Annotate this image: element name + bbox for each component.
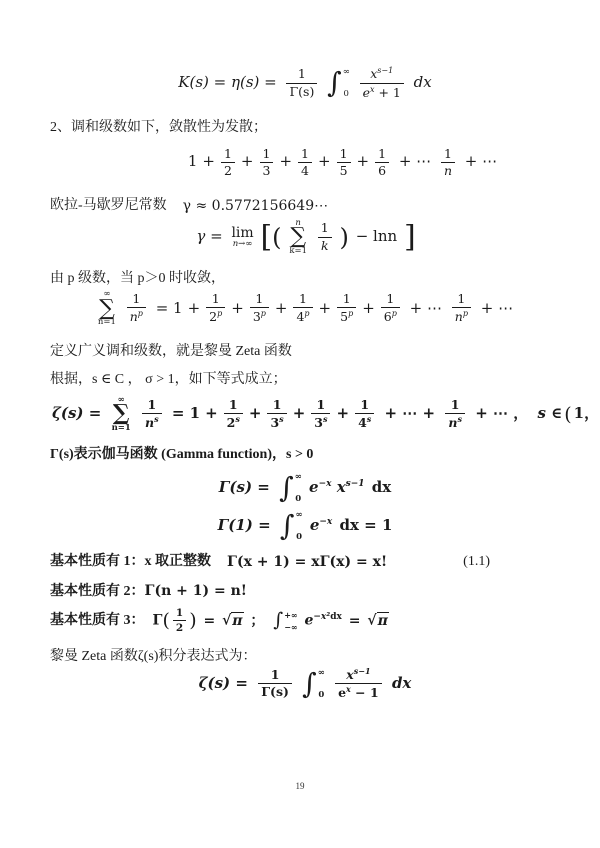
fraction-numerator: 1 [337, 147, 351, 163]
fraction: 13 [260, 147, 274, 179]
fraction: 13p [250, 292, 269, 325]
differential: dx [414, 73, 432, 91]
equals-one: = 1 [172, 404, 200, 422]
ellipsis-operator: + ⋯ ， [475, 404, 528, 422]
ellipsis-operator: + ⋯ + [385, 404, 436, 422]
series-terms: +12s+13s+13s+14s [202, 404, 377, 422]
differential: dx [392, 674, 411, 692]
fraction-numerator: 1 [127, 292, 146, 308]
fraction: 16p [381, 292, 400, 325]
domain-lhs: s ∈ [537, 404, 562, 422]
fraction-numerator: 1 [337, 292, 356, 308]
fraction: 16 [375, 147, 389, 179]
fraction: 1Γ(s) [286, 67, 317, 99]
integral-upper-limit: ∞ [295, 510, 302, 520]
page-content: K(s) = η(s) = 1Γ(s) ∫∞0 xs−1ex + 1 dx 2、… [0, 0, 600, 701]
radical-sign: √ [367, 613, 376, 629]
sum-lower-limit: n=1 [112, 424, 131, 433]
left-bracket: [ [260, 219, 272, 254]
formula-lhs: Γ(1) = [218, 516, 271, 534]
fraction-numerator: 1 [445, 398, 465, 414]
integral-symbol: ∫ [273, 611, 283, 630]
sum-symbol: ∑ [290, 227, 306, 247]
limit-subscript: n→∞ [233, 240, 253, 249]
base: 3 [253, 310, 261, 325]
fraction: 12p [206, 292, 225, 325]
integral-symbol: ∫ [280, 512, 295, 540]
harmonic-series-formula: 1+12+13+14+15+16 + ⋯ 1n + ⋯ [50, 147, 560, 179]
base: 2 [209, 310, 217, 325]
equals-one: = 1 [156, 299, 183, 317]
variable: x [346, 667, 353, 682]
property-1-row: 基本性质有 1：x 取正整数 Γ(x + 1) = xΓ(x) = x! (1.… [50, 553, 560, 571]
exponent: p [138, 309, 143, 318]
fraction-denominator: 4s [355, 414, 374, 431]
left-paren: ( [162, 610, 169, 632]
fraction-numerator: 1 [260, 147, 274, 163]
differential-result: dx = 1 [340, 516, 393, 534]
differential: dx [330, 612, 342, 622]
exponent: s−1 [354, 666, 371, 676]
variable: x [337, 478, 346, 496]
integral-limits: ∞0 [317, 668, 325, 700]
limit-word: lim [231, 226, 253, 240]
plus-operator: + [188, 299, 201, 317]
fraction-numerator: 1 [206, 292, 225, 308]
variable: e [338, 686, 346, 701]
property-2-row: 基本性质有 2： Γ(n + 1) = n! [50, 583, 560, 601]
euler-constant-value: γ ≈ 0.5772156649⋯ [183, 198, 328, 214]
gamma-function-intro: Γ(s)表示伽马函数 (Gamma function)，s > 0 [50, 446, 560, 464]
fraction: 14 [298, 147, 312, 179]
fraction: 15 [337, 147, 351, 179]
left-paren: ( [564, 403, 571, 425]
fraction: 13s [267, 398, 286, 431]
integral-upper-limit: ∞ [343, 67, 350, 77]
fraction: 1ns [445, 398, 465, 431]
exponent: p [392, 309, 397, 318]
page-number: 19 [0, 781, 600, 791]
operand: + 1 [375, 85, 401, 100]
formula-lhs: γ = [196, 227, 222, 245]
exponent: −x [319, 479, 332, 489]
exponent: −x² [313, 612, 330, 622]
equals-sign: = [203, 613, 215, 629]
fraction: 14s [355, 398, 374, 431]
base: 3 [314, 415, 323, 430]
domain-body: 1， +∞ [574, 404, 600, 422]
integral-limits: ∞0 [342, 67, 350, 99]
integral-symbol: ∫ [279, 474, 294, 502]
variable: n [130, 310, 138, 325]
sum-lower-limit: n=1 [98, 318, 116, 327]
ellipsis-operator: + ⋯ [399, 152, 431, 170]
right-paren: ) [340, 223, 349, 251]
fraction-denominator: 6 [375, 163, 389, 178]
fraction: 13s [311, 398, 330, 431]
exponent: p [348, 309, 353, 318]
document-page: K(s) = η(s) = 1Γ(s) ∫∞0 xs−1ex + 1 dx 2、… [0, 0, 600, 848]
fraction: xs−1ex − 1 [335, 667, 382, 701]
integral-limits: ∞0 [294, 510, 302, 542]
fraction-numerator: 1 [221, 147, 235, 163]
series-lead: 1 [188, 152, 198, 170]
property-2-formula: Γ(n + 1) = n! [145, 583, 247, 599]
ellipsis-operator: + ⋯ [410, 299, 442, 317]
exponent: s [154, 414, 159, 424]
exponent: s [457, 414, 462, 424]
eta-integral-formula: K(s) = η(s) = 1Γ(s) ∫∞0 xs−1ex + 1 dx [50, 66, 560, 100]
integral-symbol: ∫ [327, 69, 342, 97]
integral-upper-limit: ∞ [318, 668, 325, 678]
plus-operator: + [357, 152, 370, 170]
fraction-numerator: 1 [286, 67, 317, 83]
summation-sign: ∞∑n=1 [112, 396, 131, 433]
exponent: p [463, 309, 468, 318]
formula-lhs: K(s) = η(s) = [178, 73, 276, 91]
p-series-intro: 由 p 级数，当 p＞0 时收敛， [50, 270, 560, 288]
integral-lower-limit: 0 [295, 532, 302, 542]
condition-text: 根据，s ∈ C ， σ > 1，如下等式成立； [50, 371, 560, 389]
fraction: 12 [221, 147, 235, 179]
fraction-denominator: 2s [224, 414, 243, 431]
fraction: 1ns [142, 398, 162, 431]
summation-sign: ∞∑n=1 [98, 290, 116, 327]
exponent: s−1 [377, 66, 393, 75]
sum-lower-limit: k=1 [289, 247, 307, 256]
property-2-label: 基本性质有 2： [50, 583, 145, 601]
radical-sign: √ [222, 613, 231, 629]
zeta-definition-text: 定义广义调和级数，就是黎曼 Zeta 函数 [50, 343, 560, 361]
fraction-numerator: 1 [267, 398, 286, 414]
zeta-integral-label: 黎曼 Zeta 函数ζ(s)积分表达式为： [50, 648, 560, 666]
variable: e [309, 478, 319, 496]
sum-symbol: ∑ [113, 404, 130, 424]
sum-symbol: ∑ [99, 299, 115, 319]
plus-operator: + [202, 152, 215, 170]
fraction-numerator: 1 [318, 221, 332, 237]
plus-operator: + [336, 404, 349, 422]
fraction-denominator: Γ(s) [286, 84, 317, 99]
fraction-numerator: 1 [142, 398, 162, 414]
square-root: √π [367, 612, 388, 629]
euler-constant-label: 欧拉-马歇罗尼常数 [50, 197, 167, 215]
plus-operator: + [205, 404, 218, 422]
plus-operator: + [293, 404, 306, 422]
harmonic-series-heading: 2、调和级数如下，敛散性为发散； [50, 119, 560, 137]
fraction-numerator: 1 [375, 147, 389, 163]
formula-lhs: ζ(s) = [199, 674, 248, 692]
fraction-denominator: 4p [293, 308, 312, 325]
property-3-row: 基本性质有 3： Γ(12) = √π ； ∫+∞−∞ e−x²dx = √π [50, 607, 560, 634]
euler-limit-formula: γ = limn→∞ [( n∑k=1 1k ) − lnn ] [50, 219, 560, 256]
exponent: −x [319, 517, 332, 527]
base: 6 [384, 310, 392, 325]
fraction-denominator: 3s [267, 414, 286, 431]
right-bracket: ] [404, 219, 416, 254]
exponent: s [235, 414, 240, 424]
fraction: 12 [173, 607, 186, 634]
fraction-denominator: ns [142, 414, 162, 431]
formula-lhs: Γ(s) = [219, 478, 270, 496]
integral-sign: ∫∞0 [279, 472, 302, 504]
exponent: s [367, 414, 372, 424]
fraction-denominator: k [318, 238, 332, 253]
integral-limits: ∞0 [294, 472, 302, 504]
fraction-numerator: 1 [355, 398, 374, 414]
property-1-formula: Γ(x + 1) = xΓ(x) = x! [227, 554, 387, 570]
integral-lower-limit: 0 [318, 690, 325, 700]
fraction: 14p [293, 292, 312, 325]
exponent: s [279, 414, 284, 424]
plus-operator: + [362, 299, 375, 317]
fraction-denominator: Γ(s) [258, 684, 292, 699]
fraction: xs−1ex + 1 [360, 66, 404, 100]
fraction-denominator: 3p [250, 308, 269, 325]
fraction: 1np [127, 292, 146, 325]
fraction-denominator: np [452, 308, 471, 325]
fraction: 15p [337, 292, 356, 325]
fraction-denominator: np [127, 308, 146, 325]
operand: − 1 [351, 686, 379, 701]
fraction-numerator: 1 [381, 292, 400, 308]
fraction-numerator: 1 [441, 147, 455, 163]
summation-sign: n∑k=1 [289, 219, 307, 256]
euler-constant-row: 欧拉-马歇罗尼常数 γ ≈ 0.5772156649⋯ [50, 197, 560, 215]
differential: dx [372, 478, 391, 496]
fraction-denominator: 6p [381, 308, 400, 325]
integral-sign: ∫∞0 [327, 67, 350, 99]
fraction-numerator: 1 [452, 292, 471, 308]
integral-lower-limit: 0 [295, 494, 302, 504]
integral-sign: ∫∞0 [280, 510, 303, 542]
square-root: √π [222, 612, 243, 629]
left-paren: ( [272, 223, 281, 251]
limit-operator: limn→∞ [231, 226, 253, 249]
integral-symbol: ∫ [302, 670, 317, 698]
variable: e [363, 85, 370, 100]
ellipsis-operator: + ⋯ [465, 152, 497, 170]
separator: ； [250, 613, 264, 629]
fraction-denominator: n [441, 163, 455, 178]
plus-operator: + [275, 299, 288, 317]
plus-operator: + [318, 152, 331, 170]
fraction-denominator: 5p [337, 308, 356, 325]
ellipsis-operator: + ⋯ [481, 299, 513, 317]
plus-operator: + [249, 404, 262, 422]
property-1-label: 基本性质有 1：x 取正整数 [50, 553, 211, 571]
series-terms: +12p+13p+14p+15p+16p [185, 299, 403, 317]
fraction-numerator: xs−1 [360, 66, 404, 84]
equation-reference: (1.1) [463, 553, 490, 571]
integral-limits: +∞−∞ [283, 610, 297, 632]
fraction: 1k [318, 221, 332, 253]
minus-log-term: − lnn [356, 227, 397, 245]
variable: e [310, 516, 320, 534]
fraction-numerator: xs−1 [335, 667, 382, 685]
fraction: 12s [224, 398, 243, 431]
fraction-numerator: 1 [173, 607, 186, 621]
fraction-numerator: 1 [250, 292, 269, 308]
variable: n [455, 310, 463, 325]
fraction-denominator: ns [445, 414, 465, 431]
p-series-formula: ∞∑n=1 1np = 1+12p+13p+14p+15p+16p + ⋯ 1n… [50, 290, 560, 327]
fraction-numerator: 1 [298, 147, 312, 163]
fraction-denominator: 2 [173, 621, 186, 634]
fraction-numerator: 1 [311, 398, 330, 414]
fraction: 1np [452, 292, 471, 325]
exponent: s−1 [346, 479, 365, 489]
radicand: π [377, 612, 389, 629]
plus-operator: + [319, 299, 332, 317]
property-3-formula: Γ(12) = √π ； ∫+∞−∞ e−x²dx = √π [153, 607, 389, 634]
base: 5 [340, 310, 348, 325]
fraction: 1Γ(s) [258, 668, 292, 700]
exponent: p [304, 309, 309, 318]
plus-operator: + [231, 299, 244, 317]
fraction-denominator: 5 [337, 163, 351, 178]
formula-lhs: ζ(s) = [52, 404, 101, 422]
radicand: π [231, 612, 243, 629]
integral-upper-limit: ∞ [295, 472, 302, 482]
integral-sign: ∫+∞−∞ [273, 610, 297, 632]
fraction-denominator: 4 [298, 163, 312, 178]
fraction-denominator: ex − 1 [335, 684, 382, 701]
right-paren: ) [189, 610, 196, 632]
variable: n [145, 415, 154, 430]
fraction-numerator: 1 [224, 398, 243, 414]
exponent: p [261, 309, 266, 318]
plus-operator: + [241, 152, 254, 170]
fraction-denominator: ex + 1 [360, 84, 404, 101]
gamma-s-formula: Γ(s) = ∫∞0 e−x xs−1 dx [50, 472, 560, 504]
fraction: 1n [441, 147, 455, 179]
gamma-symbol: Γ [153, 613, 163, 629]
fraction-denominator: 2p [206, 308, 225, 325]
base: 3 [270, 415, 279, 430]
integral-lower-limit: 0 [343, 89, 350, 99]
fraction-denominator: 2 [221, 163, 235, 178]
equals-sign: = [349, 613, 361, 629]
integral-upper-limit: +∞ [284, 610, 297, 620]
fraction-numerator: 1 [258, 668, 292, 684]
exponent: p [217, 309, 222, 318]
integral-lower-limit: −∞ [284, 622, 297, 632]
base: 4 [358, 415, 367, 430]
integral-sign: ∫∞0 [302, 668, 325, 700]
fraction-numerator: 1 [293, 292, 312, 308]
zeta-integral-formula: ζ(s) = 1Γ(s) ∫∞0 xs−1ex − 1 dx [50, 667, 560, 701]
exponent: s [323, 414, 328, 424]
series-terms: +12+13+14+15+16 [199, 152, 392, 170]
property-3-label: 基本性质有 3： [50, 612, 145, 630]
gamma-1-formula: Γ(1) = ∫∞0 e−x dx = 1 [50, 510, 560, 542]
plus-operator: + [279, 152, 292, 170]
fraction-denominator: 3 [260, 163, 274, 178]
fraction-denominator: 3s [311, 414, 330, 431]
zeta-series-formula: ζ(s) = ∞∑n=1 1ns = 1+12s+13s+13s+14s + ⋯… [50, 396, 560, 433]
